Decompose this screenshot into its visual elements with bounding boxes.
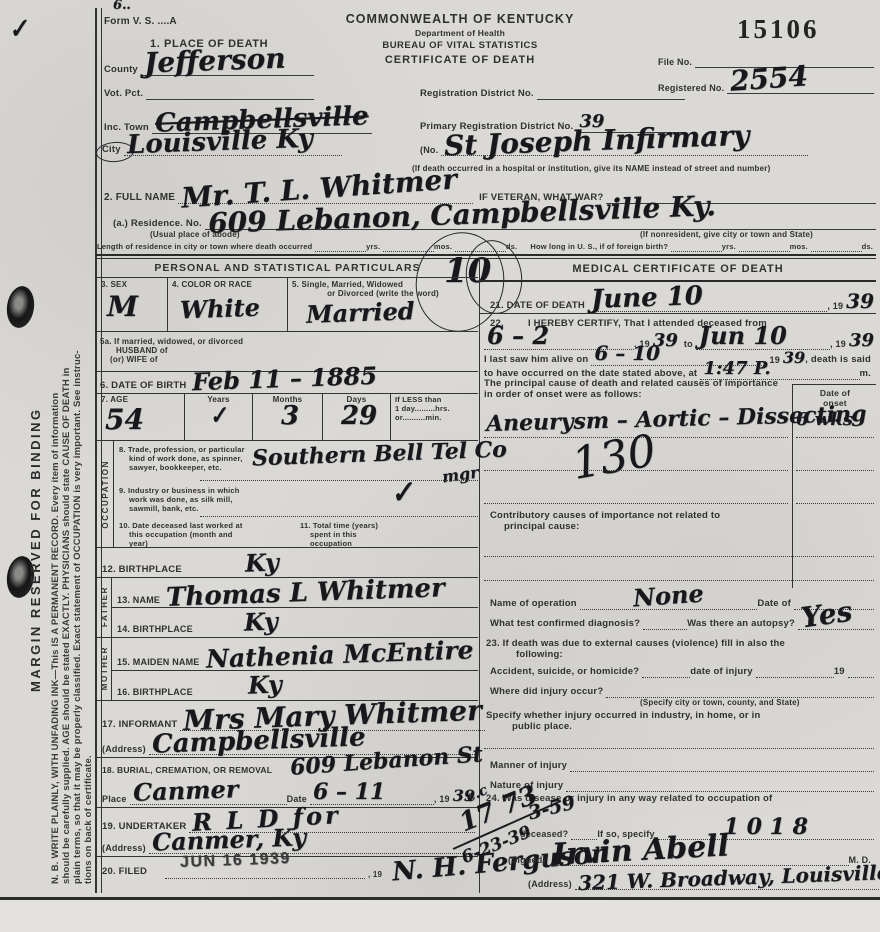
q18-label: 18. BURIAL, CREMATION, OR REMOVAL — [102, 765, 272, 775]
marital-cell: 5. Single, Married, Widowed or Divorced … — [288, 278, 478, 331]
last-saw-value: 6 – 10 — [594, 344, 660, 362]
q9-underline — [200, 516, 478, 517]
age-years-cell: Years ✓ — [185, 393, 253, 440]
q9-label-1: 9. Industry or business in which — [119, 486, 240, 495]
registered-no-value: 2554 — [730, 63, 810, 94]
father-vertical-strip: FATHER — [97, 577, 112, 637]
sex-label: 3. SEX — [101, 280, 163, 289]
length-yrs-blank — [315, 251, 366, 252]
q8-label-3: sawyer, bookkeeper, etc. — [119, 463, 245, 472]
institution-row: (No. St Joseph Infirmary — [420, 132, 808, 156]
reg-district-label: Registration District No. — [420, 88, 537, 100]
cause-line-1b — [796, 437, 874, 438]
cause-line-3b — [796, 503, 874, 504]
form-number: Form V. S. ....A — [104, 16, 177, 27]
q15-row: 15. MAIDEN NAME Nathenia McEntire — [117, 639, 475, 668]
burial-date-value: 6 – 11 — [313, 783, 385, 803]
accident-blank — [642, 677, 690, 678]
age-table: 7. AGE 54 Years ✓ Months 3 Days 29 If LE… — [97, 393, 478, 441]
q10-label-1: 10. Date deceased last worked at — [119, 521, 243, 530]
specify-line — [484, 748, 874, 749]
onset-label-1: Date of — [796, 388, 874, 398]
sex-value: M — [107, 294, 138, 319]
margin-note-line3: plain terms, so that it may be properly … — [72, 60, 83, 884]
where-injury-row: Where did injury occur? — [490, 682, 874, 698]
q22-from-value: 6 – 2 — [487, 325, 549, 347]
header-center: COMMONWEALTH OF KENTUCKY Department of H… — [330, 12, 590, 66]
length-yrs: yrs. — [366, 242, 383, 252]
q11-label-1: 11. Total time (years) — [300, 521, 378, 530]
sex-cell: 3. SEX M — [97, 278, 168, 331]
q8-underline — [200, 480, 478, 481]
full-name-label: 2. FULL NAME — [104, 192, 178, 204]
race-cell: 4. COLOR OR RACE White — [168, 278, 288, 331]
howlong-mos-blank — [739, 251, 790, 252]
cause-line-2 — [484, 470, 788, 471]
race-label: 4. COLOR OR RACE — [172, 280, 283, 289]
department-line: Department of Health — [330, 28, 590, 38]
manner-blank — [570, 771, 874, 772]
certificate-title: CERTIFICATE OF DEATH — [330, 54, 590, 66]
length-label: Length of residence in city or town wher… — [97, 242, 315, 252]
q10-block: 10. Date deceased last worked at this oc… — [119, 521, 243, 548]
howlong-ds: ds. — [862, 242, 876, 252]
age-less-label-1: If LESS than — [395, 395, 474, 404]
accident-row: Accident, suicide, or homicide? date of … — [490, 662, 874, 678]
age-years-value: ✓ — [207, 405, 229, 428]
test-blank — [643, 629, 687, 630]
autopsy-row: What test confirmed diagnosis? Was there… — [490, 610, 874, 630]
dob-label: 6. DATE OF BIRTH — [100, 380, 189, 392]
occupation-bottom-line — [97, 547, 478, 548]
q9-block: 9. Industry or business in which work wa… — [119, 486, 240, 513]
age-days-cell: Days 29 — [323, 393, 391, 440]
age-less-label-3: or..........min. — [395, 413, 474, 422]
personal-particulars-title: PERSONAL AND STATISTICAL PARTICULARS — [97, 262, 478, 274]
margin-note: N. B. WRITE PLAINLY, WITH UNFADING INK—T… — [50, 60, 94, 884]
residence-label: (a.) Residence. No. — [113, 218, 205, 230]
stray-mark: 6‥ — [113, 0, 131, 12]
age-months-value: 3 — [281, 405, 299, 428]
residence-row: (a.) Residence. No. 609 Lebanon, Campbel… — [113, 206, 876, 230]
burial-place-label: Place — [102, 794, 130, 805]
q15-label: 15. MAIDEN NAME — [117, 657, 203, 668]
q13-value: Thomas L Whitmer — [166, 577, 445, 610]
vot-pct-label: Vot. Pct. — [104, 88, 146, 100]
q9-label-3: sawmill, bank, etc. — [119, 504, 240, 513]
institution-no-label: (No. — [420, 145, 441, 156]
q12-label: 12. BIRTHPLACE — [102, 564, 185, 576]
nature-row: Nature of injury — [490, 776, 874, 792]
q19-address-value: Canmer, Ky — [151, 826, 306, 853]
q21-year: 39 — [846, 292, 874, 310]
margin-note-line1: N. B. WRITE PLAINLY, WITH UNFADING INK—T… — [50, 60, 61, 884]
margin-note-line2: should be carefully supplied. AGE should… — [61, 60, 72, 884]
q16-row: 16. BIRTHPLACE Ky — [117, 671, 475, 698]
operation-date-label: Date of — [757, 598, 794, 610]
age-months-cell: Months 3 — [253, 393, 323, 440]
stamp-number: 15106 — [737, 14, 820, 45]
contributory-label-2: principal cause: — [504, 521, 580, 532]
howlong-yrs-blank — [671, 251, 722, 252]
autopsy-value: Yes — [799, 599, 853, 631]
q21-label: 21. DATE OF DEATH — [490, 300, 588, 312]
county-row: County Jefferson — [104, 52, 314, 76]
nonresident-note: (If nonresident, give city or town and S… — [640, 230, 813, 239]
q21-value: June 10 — [591, 285, 704, 312]
cause-line-3 — [484, 503, 788, 504]
where-injury-label: Where did injury occur? — [490, 686, 606, 698]
q23-label-2: following: — [516, 649, 563, 660]
date-injury-label: date of injury — [690, 666, 755, 678]
vot-pct-blank — [146, 99, 314, 100]
time-of-death-value: 1:47 P. — [703, 361, 770, 377]
q11-label-2: spent in this — [300, 530, 378, 539]
city-value: Louisville Ky — [126, 128, 313, 158]
howlong-ds-blank — [811, 251, 862, 252]
date-injury-blank — [756, 677, 834, 678]
nature-blank — [566, 791, 874, 792]
autopsy-label: Was there an autopsy? — [687, 618, 798, 630]
howlong-label: How long in U. S., if of foreign birth? — [520, 242, 671, 252]
age-less-label-2: 1 day.........hrs. — [395, 404, 474, 413]
operation-value: None — [633, 583, 705, 609]
q22-year-b: 39 — [849, 333, 874, 349]
q21-row: 21. DATE OF DEATH June 10 , 19 39 — [490, 286, 874, 312]
q19-address-label: (Address) — [102, 843, 149, 854]
onset-box-top — [792, 384, 876, 385]
contrib-line-1 — [484, 556, 874, 557]
mother-vertical-strip: MOTHER — [97, 637, 112, 700]
county-value: Jefferson — [144, 46, 286, 76]
physician-address-label: (Address) — [528, 879, 575, 890]
marital-label-1: 5. Single, Married, Widowed — [292, 280, 474, 289]
q5a-label-3: (or) WIFE of — [100, 355, 243, 364]
q21-19: , 19 — [827, 301, 846, 312]
q14-label: 14. BIRTHPLACE — [117, 624, 196, 635]
injury-19: 19 — [834, 666, 848, 678]
q20-label: 20. FILED — [102, 866, 147, 877]
q20-underline — [165, 878, 365, 879]
margin-checkmark: ✓ — [6, 16, 30, 41]
howlong-mos: mos. — [790, 242, 811, 252]
q12-row: 12. BIRTHPLACE Ky — [102, 550, 475, 576]
commonwealth-title: COMMONWEALTH OF KENTUCKY — [330, 12, 590, 26]
q20-19: , 19 — [368, 870, 382, 879]
injury-year-blank — [848, 677, 874, 678]
q14-row: 14. BIRTHPLACE Ky — [117, 608, 475, 635]
q5a-block: 5a. If married, widowed, or divorced HUS… — [100, 337, 243, 364]
principal-cause-label-2: in order of onset were as follows: — [484, 389, 642, 400]
scan-bottom-edge — [0, 897, 880, 932]
q10-label-2: this occupation (month and — [119, 530, 243, 539]
q17-address-label: (Address) — [102, 744, 149, 755]
q12-value: Ky — [245, 551, 279, 574]
q13-row: 13. NAME Thomas L Whitmer — [117, 578, 475, 606]
q13-label: 13. NAME — [117, 595, 163, 606]
age-less-cell: If LESS than 1 day.........hrs. or......… — [391, 393, 478, 440]
burial-date-19: , 19 — [434, 794, 453, 805]
mother-vertical-label: MOTHER — [100, 646, 109, 690]
q15-value: Nathenia McEntire — [205, 639, 473, 671]
q23-label-1: 23. If death was due to external causes … — [486, 638, 785, 649]
marital-value: Married — [306, 300, 415, 325]
registered-no-row: Registered No. 2554 — [658, 72, 874, 94]
specify-label-2: public place. — [512, 721, 572, 732]
specify-label-1: Specify whether injury occurred in indus… — [486, 710, 761, 721]
margin-binding-label: MARGIN RESERVED FOR BINDING — [28, 292, 43, 692]
father-vertical-label: FATHER — [100, 586, 109, 627]
institution-value: St Joseph Infirmary — [444, 123, 750, 159]
q11-block: 11. Total time (years) spent in this occ… — [300, 521, 378, 548]
county-label: County — [104, 64, 141, 76]
signed-label: (Signed) — [508, 855, 549, 866]
onset-value: 6 wks — [796, 412, 853, 428]
physician-address-row: (Address) 321 W. Broadway, Louisville Ky — [528, 868, 874, 890]
age-days-value: 29 — [341, 405, 377, 428]
contributory-label-1: Contributory causes of importance not re… — [490, 510, 720, 521]
manner-label: Manner of injury — [490, 760, 570, 772]
q5a-label-1: 5a. If married, widowed, or divorced — [100, 337, 243, 346]
q16-value: Ky — [247, 673, 281, 696]
howlong-yrs: yrs. — [722, 242, 739, 252]
file-no-label: File No. — [658, 57, 695, 68]
cause-line-2b — [796, 470, 874, 471]
reg-district-row: Registration District No. — [420, 86, 685, 100]
q8-value-2: mgr — [441, 466, 479, 485]
medical-certificate-title: MEDICAL CERTIFICATE OF DEATH — [480, 263, 876, 275]
q9-value: ✓ — [388, 478, 415, 507]
q8-label-1: 8. Trade, profession, or particular — [119, 445, 245, 454]
sex-race-marital-table: 3. SEX M 4. COLOR OR RACE White 5. Singl… — [97, 277, 478, 332]
m-label: m. — [860, 368, 875, 380]
q8-block: 8. Trade, profession, or particular kind… — [119, 445, 245, 472]
city-label: City — [102, 144, 124, 156]
age-cell: 7. AGE 54 — [97, 393, 185, 440]
accident-label: Accident, suicide, or homicide? — [490, 666, 642, 678]
vot-pct-row: Vot. Pct. — [104, 86, 314, 100]
burial-place-date-row: Place Canmer Date 6 – 11 , 19 39 — [102, 780, 475, 805]
margin-note-line4: tions on back of certificate. — [83, 60, 94, 884]
reg-district-blank — [537, 99, 685, 100]
q14-value: Ky — [243, 610, 277, 633]
where-injury-note: (Specify city or town, county, and State… — [640, 698, 800, 707]
q9-label-2: work was done, as silk mill, — [119, 495, 240, 504]
city-row: City Louisville Ky — [102, 132, 342, 156]
hospital-note: (If death occurred in a hospital or inst… — [412, 164, 770, 173]
dob-value: Feb 11 – 1885 — [192, 365, 378, 393]
manner-row: Manner of injury — [490, 756, 874, 772]
test-label: What test confirmed diagnosis? — [490, 618, 643, 630]
abode-note: (Usual place of abode) — [150, 230, 240, 239]
q5a-label-2: HUSBAND of — [100, 346, 243, 355]
bureau-line: BUREAU OF VITAL STATISTICS — [330, 40, 590, 51]
death-certificate-scan: ✓ MARGIN RESERVED FOR BINDING N. B. WRIT… — [0, 0, 880, 932]
operation-label: Name of operation — [490, 598, 580, 610]
burial-place-value: Canmer — [132, 778, 238, 803]
occupation-vertical-strip: OCCUPATION — [97, 441, 114, 547]
physician-signature: Irvin Abell — [551, 832, 729, 868]
q21-bottom-line — [480, 313, 876, 314]
cause-code-value: 130 — [569, 431, 659, 485]
principal-cause-label-1: The principal cause of death and related… — [484, 378, 778, 389]
race-value: White — [180, 297, 261, 321]
q24-value: 1 0 1 8 — [724, 818, 808, 838]
occupation-vertical-label: OCCUPATION — [101, 460, 110, 529]
age-value: 54 — [105, 407, 144, 432]
q20-filed-stamp: JUN 16 1939 — [180, 850, 291, 872]
q8-label-2: kind of work done, as spinner, — [119, 454, 245, 463]
q16-label: 16. BIRTHPLACE — [117, 687, 196, 698]
dob-row: 6. DATE OF BIRTH Feb 11 – 1885 — [100, 368, 475, 392]
